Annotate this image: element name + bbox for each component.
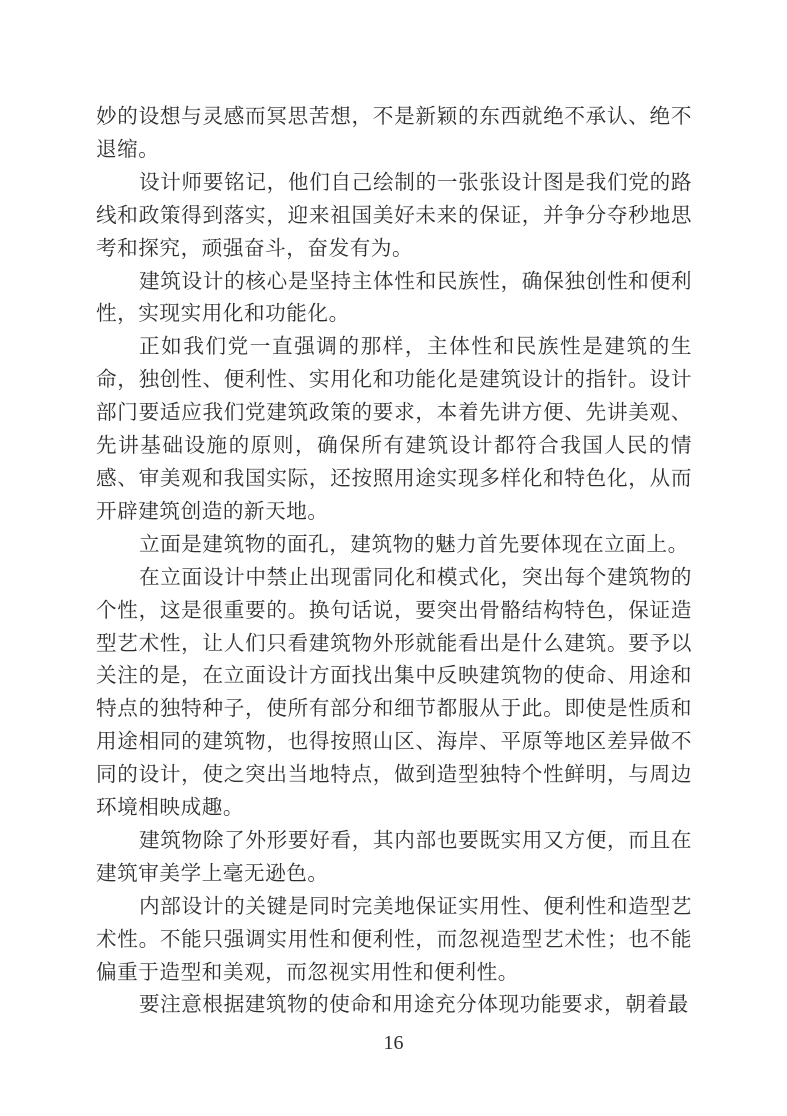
paragraph: 建筑设计的核心是坚持主体性和民族性，确保独创性和便利性，实现实用化和功能化。 bbox=[96, 265, 692, 331]
body-text: 妙的设想与灵感而冥思苦想，不是新颖的东西就绝不承认、绝不退缩。 设计师要铭记，他… bbox=[96, 100, 692, 1021]
paragraph: 设计师要铭记，他们自己绘制的一张张设计图是我们党的路线和政策得到落实，迎来祖国美… bbox=[96, 166, 692, 265]
paragraph: 立面是建筑物的面孔，建筑物的魅力首先要体现在立面上。 bbox=[96, 528, 692, 561]
paragraph: 正如我们党一直强调的那样，主体性和民族性是建筑的生命，独创性、便利性、实用化和功… bbox=[96, 330, 692, 527]
paragraph: 建筑物除了外形要好看，其内部也要既实用又方便，而且在建筑审美学上毫无逊色。 bbox=[96, 824, 692, 890]
document-page: 妙的设想与灵感而冥思苦想，不是新颖的东西就绝不承认、绝不退缩。 设计师要铭记，他… bbox=[0, 0, 787, 1116]
paragraph: 内部设计的关键是同时完美地保证实用性、便利性和造型艺术性。不能只强调实用性和便利… bbox=[96, 890, 692, 989]
page-number: 16 bbox=[0, 1032, 787, 1055]
paragraph: 在立面设计中禁止出现雷同化和模式化，突出每个建筑物的个性，这是很重要的。换句话说… bbox=[96, 561, 692, 824]
paragraph-continued: 妙的设想与灵感而冥思苦想，不是新颖的东西就绝不承认、绝不退缩。 bbox=[96, 100, 692, 166]
paragraph: 要注意根据建筑物的使命和用途充分体现功能要求，朝着最 bbox=[96, 988, 692, 1021]
